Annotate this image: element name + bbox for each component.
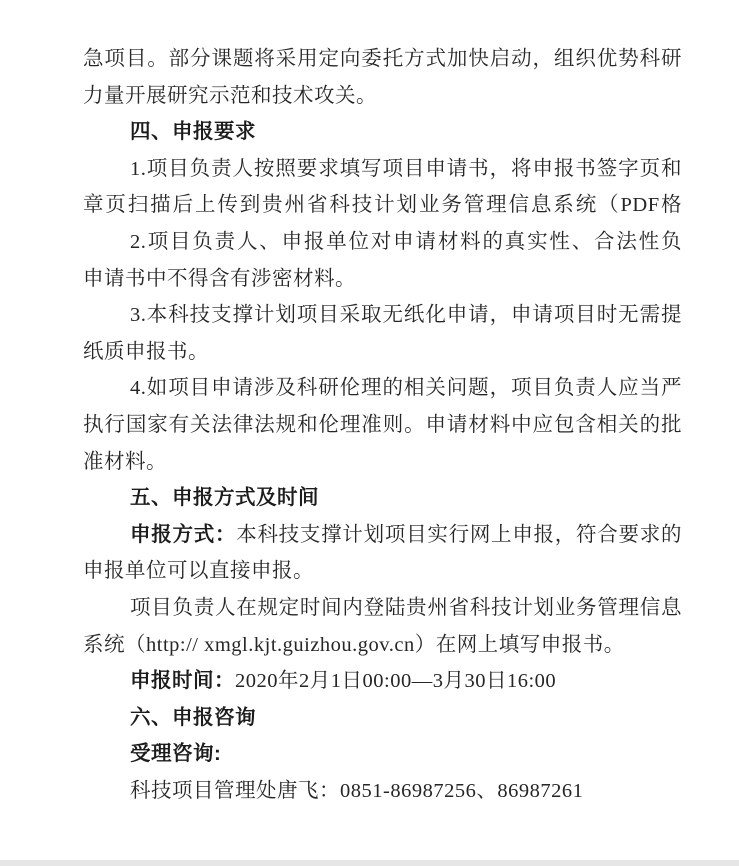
paragraph-line: 纸质申报书。 <box>83 334 682 371</box>
viewer-bottom-edge <box>0 860 739 866</box>
paragraph-line: 2.项目负责人、申报单位对申请材料的真实性、合法性负责， <box>83 224 682 261</box>
document-content: 急项目。部分课题将采用定向委托方式加快启动，组织优势科研 力量开展研究示范和技术… <box>83 41 682 809</box>
application-time-value: 2020年2月1日00:00—3月30日16:00 <box>235 670 556 692</box>
bold-label-acceptance-consultation: 受理咨询: <box>83 736 682 773</box>
paragraph-text: 本科技支撑计划项目实行网上申报，符合要求的 <box>236 524 682 546</box>
section-heading-6: 六、申报咨询 <box>83 700 682 737</box>
section-heading-4: 四、申报要求 <box>83 114 682 151</box>
section-heading-5: 五、申报方式及时间 <box>83 480 682 517</box>
paragraph-line: 3.本科技支撑计划项目采取无纸化申请，申请项目时无需提供 <box>83 297 682 334</box>
paragraph-line: 申报时间：2020年2月1日00:00—3月30日16:00 <box>83 663 682 700</box>
paragraph-line: 1.项目负责人按照要求填写项目申请书，将申报书签字页和盖 <box>83 151 682 188</box>
paragraph-line: 申报方式：本科技支撑计划项目实行网上申报，符合要求的 <box>83 517 682 554</box>
paragraph-line: 项目负责人在规定时间内登陆贵州省科技计划业务管理信息 <box>83 590 682 627</box>
bold-label-application-method: 申报方式： <box>130 523 236 546</box>
paragraph-line-with-url: 系统（http:// xmgl.kjt.guizhou.gov.cn）在网上填写… <box>83 627 682 664</box>
paragraph-line: 申报单位可以直接申报。 <box>83 553 682 590</box>
paragraph-line: 准材料。 <box>83 444 682 481</box>
bold-label-application-time: 申报时间： <box>130 669 235 692</box>
paragraph-line: 章页扫描后上传到贵州省科技计划业务管理信息系统（PDF格式）。 <box>83 187 682 224</box>
paragraph-line: 4.如项目申请涉及科研伦理的相关问题，项目负责人应当严格 <box>83 370 682 407</box>
contact-line: 科技项目管理处唐飞：0851-86987256、86987261 <box>83 773 682 810</box>
document-page: 急项目。部分课题将采用定向委托方式加快启动，组织优势科研 力量开展研究示范和技术… <box>0 0 739 866</box>
paragraph-line: 力量开展研究示范和技术攻关。 <box>83 78 682 115</box>
paragraph-line: 申请书中不得含有涉密材料。 <box>83 261 682 298</box>
paragraph-line: 执行国家有关法律法规和伦理准则。申请材料中应包含相关的批 <box>83 407 682 444</box>
paragraph-line: 急项目。部分课题将采用定向委托方式加快启动，组织优势科研 <box>83 41 682 78</box>
